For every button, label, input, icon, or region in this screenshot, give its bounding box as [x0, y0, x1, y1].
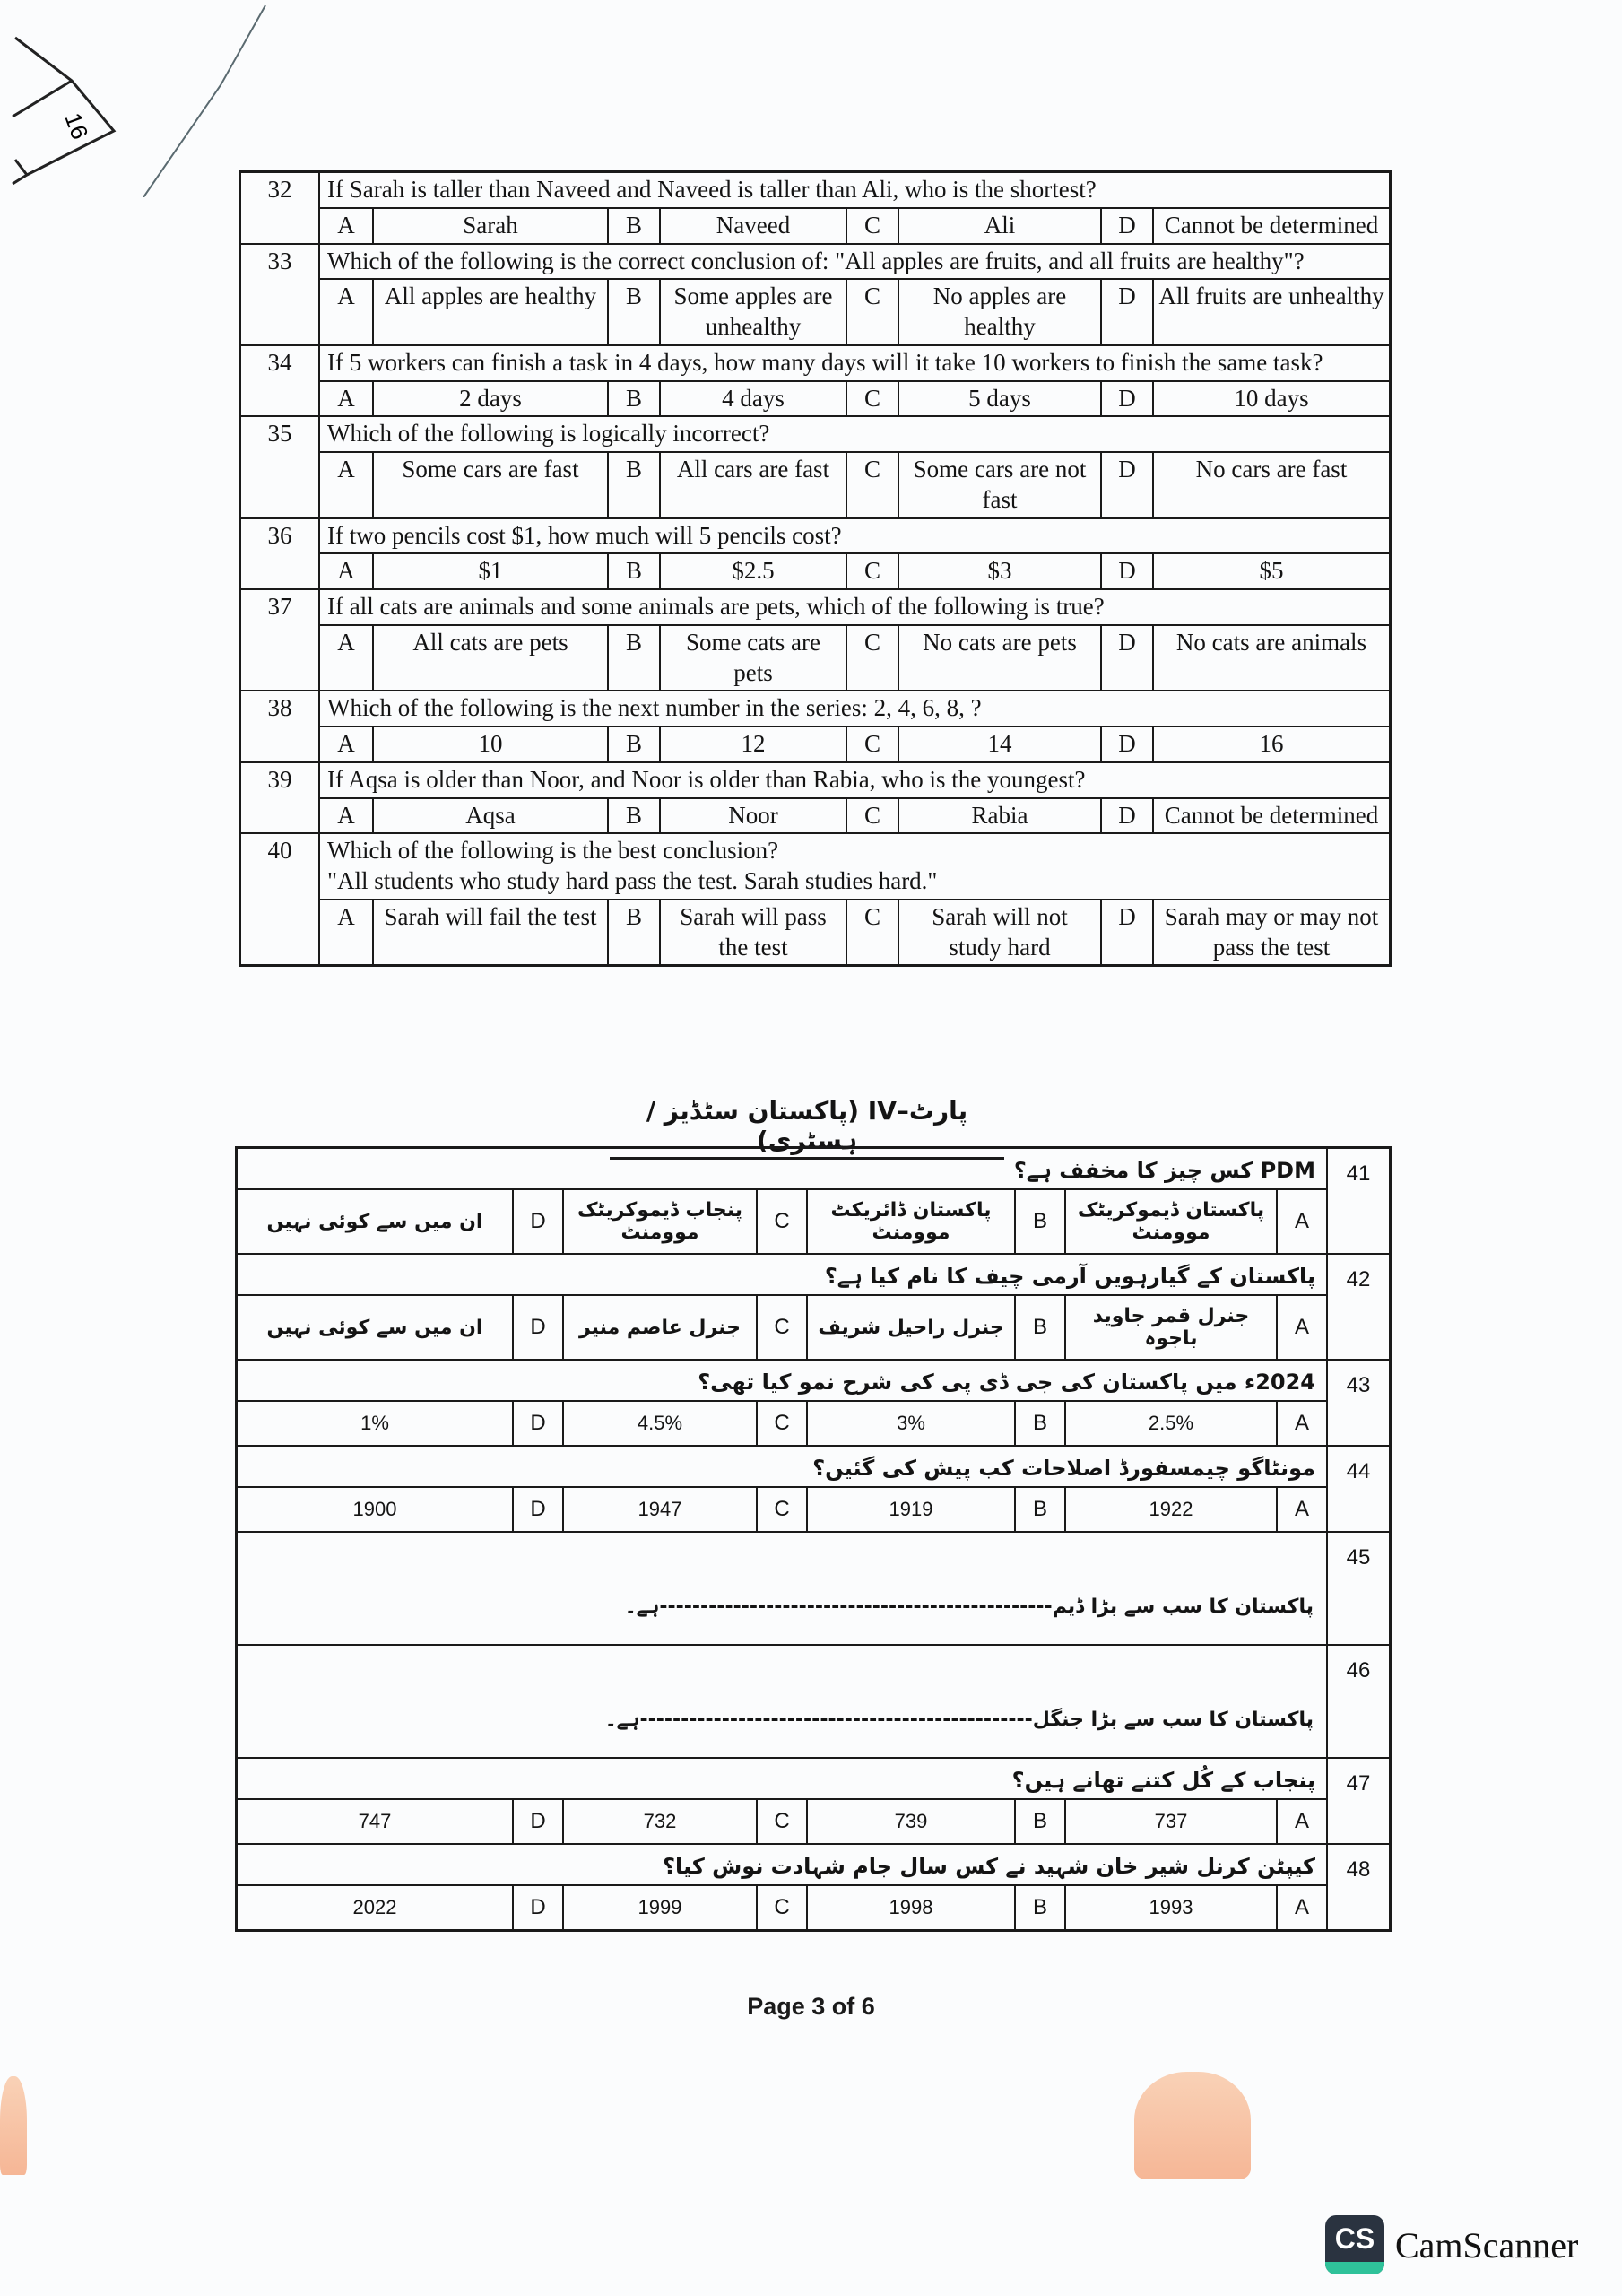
option-text: No cars are fast — [1152, 453, 1389, 517]
fill-in-blank-question: پاکستان کا سب سے بڑا ڈیم----------------… — [238, 1533, 1326, 1644]
option-letter: A — [1276, 1886, 1326, 1929]
option-text: Sarah may or may not pass the test — [1152, 900, 1389, 965]
option-text: Naveed — [659, 209, 846, 243]
option-text: $5 — [1152, 554, 1389, 588]
question-text: پنجاب کے کُل کتنے تھانے ہیں؟ — [238, 1759, 1326, 1800]
option-letter: A — [320, 900, 372, 965]
english-mcq-table: 32 If Sarah is taller than Naveed and Na… — [239, 170, 1392, 967]
options-row: A All apples are healthyB Some apples ar… — [240, 279, 1391, 345]
option-text: Aqsa — [372, 799, 607, 833]
option-text: پاکستان ڈائریکٹ موومنٹ — [806, 1190, 1014, 1253]
option-letter: D — [1100, 799, 1152, 833]
option-text: Some apples are unhealthy — [659, 280, 846, 344]
question-number: 33 — [240, 244, 320, 345]
options-row: A AqsaB NoorC RabiaD Cannot be determine… — [240, 798, 1391, 834]
question-body: پاکستان کا سب سے بڑا جنگل---------------… — [237, 1645, 1328, 1758]
question-number: 37 — [240, 589, 320, 691]
question-row: 33 Which of the following is the correct… — [240, 244, 1391, 280]
option-text: جنرل قمر جاوید باجوہ — [1064, 1296, 1276, 1359]
option-text: Ali — [898, 209, 1100, 243]
options-row: A Some cars are fastB All cars are fastC… — [240, 452, 1391, 518]
question-row: PDM کس چیز کا مخفف ہے؟ A پاکستان ڈیموکری… — [237, 1148, 1391, 1255]
question-row: 40 Which of the following is the best co… — [240, 833, 1391, 900]
question-row: 34 If 5 workers can finish a task in 4 d… — [240, 345, 1391, 381]
option-letter: D — [512, 1800, 562, 1843]
option-letter: C — [846, 900, 898, 965]
question-row: پاکستان کا سب سے بڑا جنگل---------------… — [237, 1645, 1391, 1758]
question-body: 2024ء میں پاکستان کی جی ڈی پی کی شرح نمو… — [237, 1360, 1328, 1446]
options-row: A All cats are petsB Some cats are petsC… — [240, 625, 1391, 691]
option-text: 737 — [1064, 1800, 1276, 1843]
option-letter: B — [607, 727, 659, 761]
option-text: $3 — [898, 554, 1100, 588]
question-row: 38 Which of the following is the next nu… — [240, 691, 1391, 726]
option-letter: B — [1014, 1886, 1064, 1929]
option-letter: B — [607, 626, 659, 691]
option-letter: C — [756, 1296, 806, 1359]
question-number: 45 — [1327, 1532, 1391, 1645]
option-letter: D — [1100, 453, 1152, 517]
question-text: Which of the following is logically inco… — [319, 416, 1391, 452]
option-text: Sarah will fail the test — [372, 900, 607, 965]
option-letter: B — [607, 799, 659, 833]
option-text: پنجاب ڈیموکریٹک موومنٹ — [562, 1190, 756, 1253]
option-text: 747 — [238, 1800, 512, 1843]
option-letter: D — [1100, 280, 1152, 344]
question-text: If Aqsa is older than Noor, and Noor is … — [319, 762, 1391, 798]
option-text: Some cars are fast — [372, 453, 607, 517]
finger-right — [1134, 2072, 1251, 2179]
option-letter: C — [846, 554, 898, 588]
question-number: 41 — [1327, 1148, 1391, 1255]
option-letter: A — [1276, 1488, 1326, 1531]
option-letter: B — [607, 453, 659, 517]
option-text: 739 — [806, 1800, 1014, 1843]
question-number: 39 — [240, 762, 320, 834]
option-text: No cats are animals — [1152, 626, 1389, 691]
question-row: 36 If two pencils cost $1, how much will… — [240, 518, 1391, 554]
option-letter: D — [512, 1296, 562, 1359]
option-text: 2 days — [372, 382, 607, 416]
option-letter: D — [512, 1488, 562, 1531]
question-row: کیپٹن کرنل شیر خان شہید نے کس سال جام شہ… — [237, 1844, 1391, 1931]
option-letter: A — [320, 554, 372, 588]
question-number: 35 — [240, 416, 320, 517]
option-text: 1900 — [238, 1488, 512, 1531]
question-text: کیپٹن کرنل شیر خان شہید نے کس سال جام شہ… — [238, 1845, 1326, 1886]
question-body: پنجاب کے کُل کتنے تھانے ہیں؟ A 737B 739C… — [237, 1758, 1328, 1844]
option-letter: C — [756, 1800, 806, 1843]
option-text: Sarah — [372, 209, 607, 243]
option-letter: B — [1014, 1800, 1064, 1843]
option-text: No cats are pets — [898, 626, 1100, 691]
option-text: 10 — [372, 727, 607, 761]
option-letter: D — [512, 1402, 562, 1445]
question-row: پنجاب کے کُل کتنے تھانے ہیں؟ A 737B 739C… — [237, 1758, 1391, 1844]
option-text: Noor — [659, 799, 846, 833]
camscanner-watermark: CS CamScanner — [1325, 2215, 1578, 2274]
option-letter: C — [846, 280, 898, 344]
option-letter: D — [512, 1190, 562, 1253]
option-text: All fruits are unhealthy — [1152, 280, 1389, 344]
question-number: 42 — [1327, 1254, 1391, 1360]
answer-blank[interactable]: ----------------------------------------… — [659, 1596, 1052, 1618]
question-row: پاکستان کے گیارہویں آرمی چیف کا نام کیا … — [237, 1254, 1391, 1360]
option-text: 4 days — [659, 382, 846, 416]
page-number: Page 3 of 6 — [0, 1993, 1622, 2021]
question-row: پاکستان کا سب سے بڑا ڈیم----------------… — [237, 1532, 1391, 1645]
question-number: 48 — [1327, 1844, 1391, 1931]
option-text: 4.5% — [562, 1402, 756, 1445]
option-letter: A — [1276, 1402, 1326, 1445]
option-text: $1 — [372, 554, 607, 588]
option-letter: B — [607, 209, 659, 243]
question-text: If all cats are animals and some animals… — [319, 589, 1391, 625]
options-row: A 10B 12C 14D 16 — [240, 726, 1391, 762]
option-letter: D — [1100, 626, 1152, 691]
options-row: A SarahB NaveedC AliD Cannot be determin… — [240, 208, 1391, 244]
option-letter: A — [320, 280, 372, 344]
option-letter: B — [607, 900, 659, 965]
option-text: 1947 — [562, 1488, 756, 1531]
option-letter: A — [320, 727, 372, 761]
question-number: 32 — [240, 172, 320, 244]
option-text: 1% — [238, 1402, 512, 1445]
corner-page-marker: 16 — [0, 0, 287, 197]
option-letter: A — [320, 626, 372, 691]
question-text: پاکستان کے گیارہویں آرمی چیف کا نام کیا … — [238, 1255, 1326, 1296]
option-letter: C — [756, 1190, 806, 1253]
option-letter: D — [1100, 727, 1152, 761]
option-letter: C — [846, 727, 898, 761]
question-row: 32 If Sarah is taller than Naveed and Na… — [240, 172, 1391, 208]
option-text: 1919 — [806, 1488, 1014, 1531]
question-number: 43 — [1327, 1360, 1391, 1446]
question-body: پاکستان کے گیارہویں آرمی چیف کا نام کیا … — [237, 1254, 1328, 1360]
options-row: A Sarah will fail the testB Sarah will p… — [240, 900, 1391, 966]
option-letter: C — [846, 382, 898, 416]
question-text: Which of the following is the correct co… — [319, 244, 1391, 280]
question-number: 36 — [240, 518, 320, 590]
option-text: Some cars are not fast — [898, 453, 1100, 517]
option-text: 16 — [1152, 727, 1389, 761]
option-letter: B — [1014, 1190, 1064, 1253]
question-text: مونٹاگو چیمسفورڈ اصلاحات کب پیش کی گئیں؟ — [238, 1447, 1326, 1488]
options-row: A $1B $2.5C $3D $5 — [240, 553, 1391, 589]
corner-number: 16 — [59, 109, 93, 143]
option-letter: B — [607, 382, 659, 416]
option-letter: D — [1100, 382, 1152, 416]
option-letter: D — [1100, 209, 1152, 243]
options-row: A 2 daysB 4 daysC 5 daysD 10 days — [240, 381, 1391, 417]
question-number: 47 — [1327, 1758, 1391, 1844]
option-text: 1922 — [1064, 1488, 1276, 1531]
option-letter: A — [1276, 1800, 1326, 1843]
option-text: All apples are healthy — [372, 280, 607, 344]
option-text: Some cats are pets — [659, 626, 846, 691]
option-text: ان میں سے کوئی نہیں — [238, 1296, 512, 1359]
question-text: PDM کس چیز کا مخفف ہے؟ — [238, 1149, 1326, 1190]
option-letter: C — [846, 209, 898, 243]
option-letter: C — [846, 453, 898, 517]
option-letter: D — [1100, 554, 1152, 588]
question-row: 39 If Aqsa is older than Noor, and Noor … — [240, 762, 1391, 798]
option-letter: A — [320, 799, 372, 833]
question-number: 44 — [1327, 1446, 1391, 1532]
question-row: 35 Which of the following is logically i… — [240, 416, 1391, 452]
option-text: 12 — [659, 727, 846, 761]
option-letter: D — [1100, 900, 1152, 965]
question-body: مونٹاگو چیمسفورڈ اصلاحات کب پیش کی گئیں؟… — [237, 1446, 1328, 1532]
option-letter: C — [756, 1488, 806, 1531]
option-letter: C — [846, 626, 898, 691]
option-text: 5 days — [898, 382, 1100, 416]
option-letter: B — [1014, 1488, 1064, 1531]
option-letter: C — [846, 799, 898, 833]
camscanner-name: CamScanner — [1395, 2224, 1578, 2266]
option-text: All cats are pets — [372, 626, 607, 691]
question-number: 34 — [240, 345, 320, 417]
option-text: Cannot be determined — [1152, 209, 1389, 243]
question-text: If 5 workers can finish a task in 4 days… — [319, 345, 1391, 381]
option-text: Sarah will not study hard — [898, 900, 1100, 965]
option-text: Cannot be determined — [1152, 799, 1389, 833]
option-text: 1993 — [1064, 1886, 1276, 1929]
answer-blank[interactable]: ----------------------------------------… — [639, 1709, 1032, 1731]
option-text: 10 days — [1152, 382, 1389, 416]
fill-in-blank-question: پاکستان کا سب سے بڑا جنگل---------------… — [238, 1646, 1326, 1757]
option-text: 1998 — [806, 1886, 1014, 1929]
question-row: 2024ء میں پاکستان کی جی ڈی پی کی شرح نمو… — [237, 1360, 1391, 1446]
option-text: All cars are fast — [659, 453, 846, 517]
option-text: Rabia — [898, 799, 1100, 833]
question-body: کیپٹن کرنل شیر خان شہید نے کس سال جام شہ… — [237, 1844, 1328, 1931]
question-number: 40 — [240, 833, 320, 966]
option-text: جنرل راحیل شریف — [806, 1296, 1014, 1359]
camscanner-logo-icon: CS — [1325, 2215, 1384, 2274]
option-letter: B — [607, 554, 659, 588]
option-letter: D — [512, 1886, 562, 1929]
option-text: Sarah will pass the test — [659, 900, 846, 965]
option-letter: A — [320, 209, 372, 243]
question-number: 38 — [240, 691, 320, 762]
option-letter: C — [756, 1402, 806, 1445]
question-body: PDM کس چیز کا مخفف ہے؟ A پاکستان ڈیموکری… — [237, 1148, 1328, 1255]
option-letter: B — [1014, 1296, 1064, 1359]
question-text: Which of the following is the best concl… — [319, 833, 1391, 900]
option-text: جنرل عاصم منیر — [562, 1296, 756, 1359]
option-text: 14 — [898, 727, 1100, 761]
question-number: 46 — [1327, 1645, 1391, 1758]
question-text: 2024ء میں پاکستان کی جی ڈی پی کی شرح نمو… — [238, 1361, 1326, 1402]
option-text: 2.5% — [1064, 1402, 1276, 1445]
option-text: 3% — [806, 1402, 1014, 1445]
option-letter: A — [320, 382, 372, 416]
option-text: $2.5 — [659, 554, 846, 588]
option-text: 732 — [562, 1800, 756, 1843]
option-text: 2022 — [238, 1886, 512, 1929]
option-letter: C — [756, 1886, 806, 1929]
option-letter: A — [1276, 1296, 1326, 1359]
option-letter: B — [1014, 1402, 1064, 1445]
question-row: مونٹاگو چیمسفورڈ اصلاحات کب پیش کی گئیں؟… — [237, 1446, 1391, 1532]
finger-left — [0, 2076, 27, 2175]
option-text: 1999 — [562, 1886, 756, 1929]
option-letter: A — [320, 453, 372, 517]
option-text: پاکستان ڈیموکریٹک موومنٹ — [1064, 1190, 1276, 1253]
option-text: ان میں سے کوئی نہیں — [238, 1190, 512, 1253]
question-row: 37 If all cats are animals and some anim… — [240, 589, 1391, 625]
urdu-mcq-table: PDM کس چیز کا مخفف ہے؟ A پاکستان ڈیموکری… — [235, 1146, 1392, 1932]
option-text: No apples are healthy — [898, 280, 1100, 344]
option-letter: B — [607, 280, 659, 344]
question-text: Which of the following is the next numbe… — [319, 691, 1391, 726]
question-text: If Sarah is taller than Naveed and Navee… — [319, 172, 1391, 208]
question-body: پاکستان کا سب سے بڑا ڈیم----------------… — [237, 1532, 1328, 1645]
option-letter: A — [1276, 1190, 1326, 1253]
question-text: If two pencils cost $1, how much will 5 … — [319, 518, 1391, 554]
